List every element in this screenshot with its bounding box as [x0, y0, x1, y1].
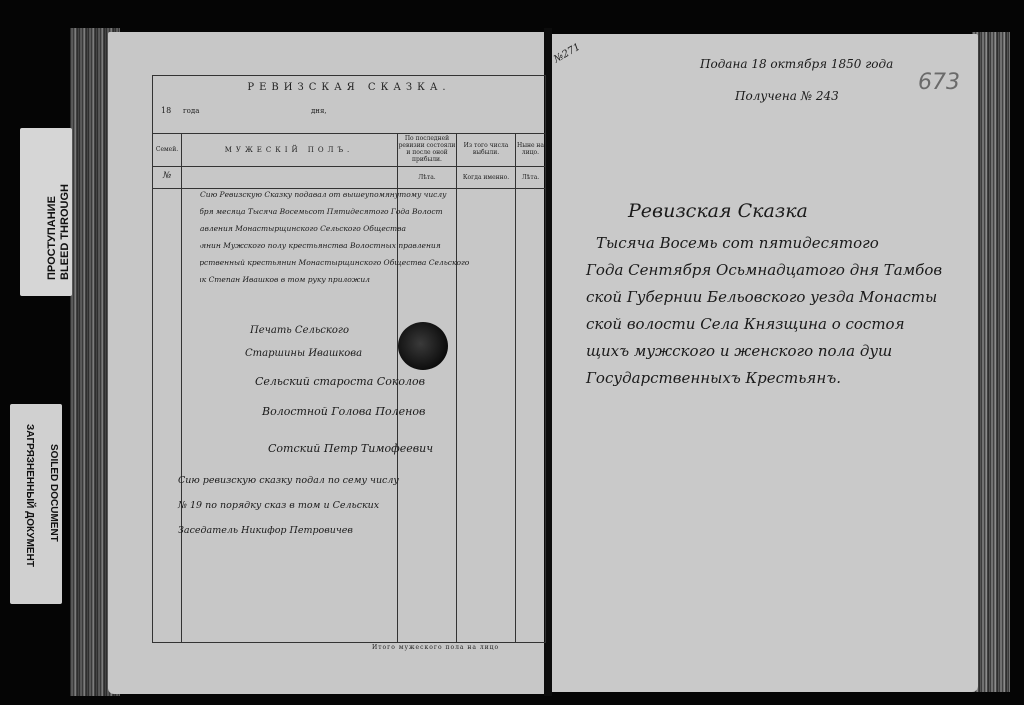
signature-village-elder: Сельский староста Соколов: [255, 375, 425, 388]
signature-seal-line1: Печать Сельского: [250, 325, 349, 336]
form-title: РЕВИЗСКАЯ СКАЗКА.: [153, 82, 545, 93]
signature-sotsky: Сотский Петр Тимофеевич: [268, 442, 433, 455]
body-line: ской Губернии Бельовского уезда Монасты: [586, 284, 966, 311]
day-label: дня,: [311, 107, 327, 115]
year-prefix: 18: [161, 106, 171, 115]
soiled-document-label-en: SOILED DOCUMENT: [48, 444, 59, 542]
note-line: Заседатель Никифор Петровичев: [178, 518, 399, 543]
note-line: Сию ревизскую сказку подал по сему числу: [178, 468, 399, 493]
declaration-line: Сию Ревизскую Сказку подавал от вышеупом…: [200, 186, 550, 203]
wax-seal: [398, 322, 448, 370]
body-line: Года Сентября Осьмнадцатого дня Тамбов: [586, 257, 966, 284]
year-label: года: [183, 107, 199, 115]
col-last-revision-header: По последней ревизии состояли и после он…: [398, 135, 456, 163]
body-line: ской волости Села Князщина о состоя: [586, 311, 966, 338]
submission-date: Подана 18 октября 1850 года: [700, 57, 893, 71]
header-divider: [153, 133, 545, 134]
bleed-through-label-en: BLEED THROUGH: [59, 184, 71, 280]
soiled-document-label-ru: ЗАГРЯЗНЕННЫЙ ДОКУМЕНТ: [24, 424, 35, 567]
col-present-header: Ныне на лицо.: [516, 142, 545, 156]
handwritten-declaration: Сию Ревизскую Сказку подавал от вышеупом…: [200, 186, 550, 288]
declaration-line: Урядник Степан Ивашков в том руку прилож…: [200, 271, 550, 288]
years2-subheader: Лѣта.: [516, 174, 545, 181]
signature-volost-head: Волостной Голова Поленов: [262, 405, 425, 418]
col-divider-1: [181, 133, 182, 642]
revision-title: Ревизская Сказка: [628, 200, 808, 222]
body-line: Государственныхъ Крестьянъ.: [586, 365, 966, 392]
revision-body: Тысяча Восемь сот пятидесятого Года Сент…: [586, 230, 966, 392]
subheader-divider: [153, 166, 545, 167]
declaration-line: Государственный крестьянин Монастырщинск…: [200, 254, 550, 271]
declaration-line: Сентября месяца Тысяча Восемьсот Пятидес…: [200, 203, 550, 220]
col-family-header: Семей.: [153, 146, 181, 153]
body-line: щихъ мужского и женского пола душ: [586, 338, 966, 365]
when-subheader: Когда именно.: [457, 174, 515, 181]
col-male-header: МУЖЕСКІЙ ПОЛЪ.: [181, 146, 397, 154]
page-number: 673: [918, 70, 960, 95]
body-line: Тысяча Восемь сот пятидесятого: [596, 230, 966, 257]
col-departed-header: Из того числа выбыли.: [457, 142, 515, 156]
signature-seal-line2: Старшины Ивашкова: [245, 348, 362, 359]
soiled-document-tab: ЗАГРЯЗНЕННЫЙ ДОКУМЕНТ SOILED DOCUMENT: [10, 404, 62, 604]
note-line: № 19 по порядку сказ в том и Сельских: [178, 493, 399, 518]
declaration-line: ной Правления Монастырщинского Сельского…: [200, 220, 550, 237]
bleed-through-label-ru: ПРОСТУПАНИЕ: [46, 196, 58, 280]
form-footer-total: Итого мужеского пола на лицо: [372, 644, 499, 651]
submission-note: Сию ревизскую сказку подал по сему числу…: [178, 468, 399, 543]
years-subheader: Лѣта.: [398, 174, 456, 181]
revision-form: РЕВИЗСКАЯ СКАЗКА. 18 года дня, Семей. МУ…: [152, 75, 546, 643]
bleed-through-tab: ПРОСТУПАНИЕ BLEED THROUGH: [20, 128, 72, 296]
receipt-number: Получена № 243: [735, 89, 839, 103]
number-subheader: №: [153, 173, 181, 180]
declaration-line: крестьянин Мужского полу крестьянства Во…: [200, 237, 550, 254]
